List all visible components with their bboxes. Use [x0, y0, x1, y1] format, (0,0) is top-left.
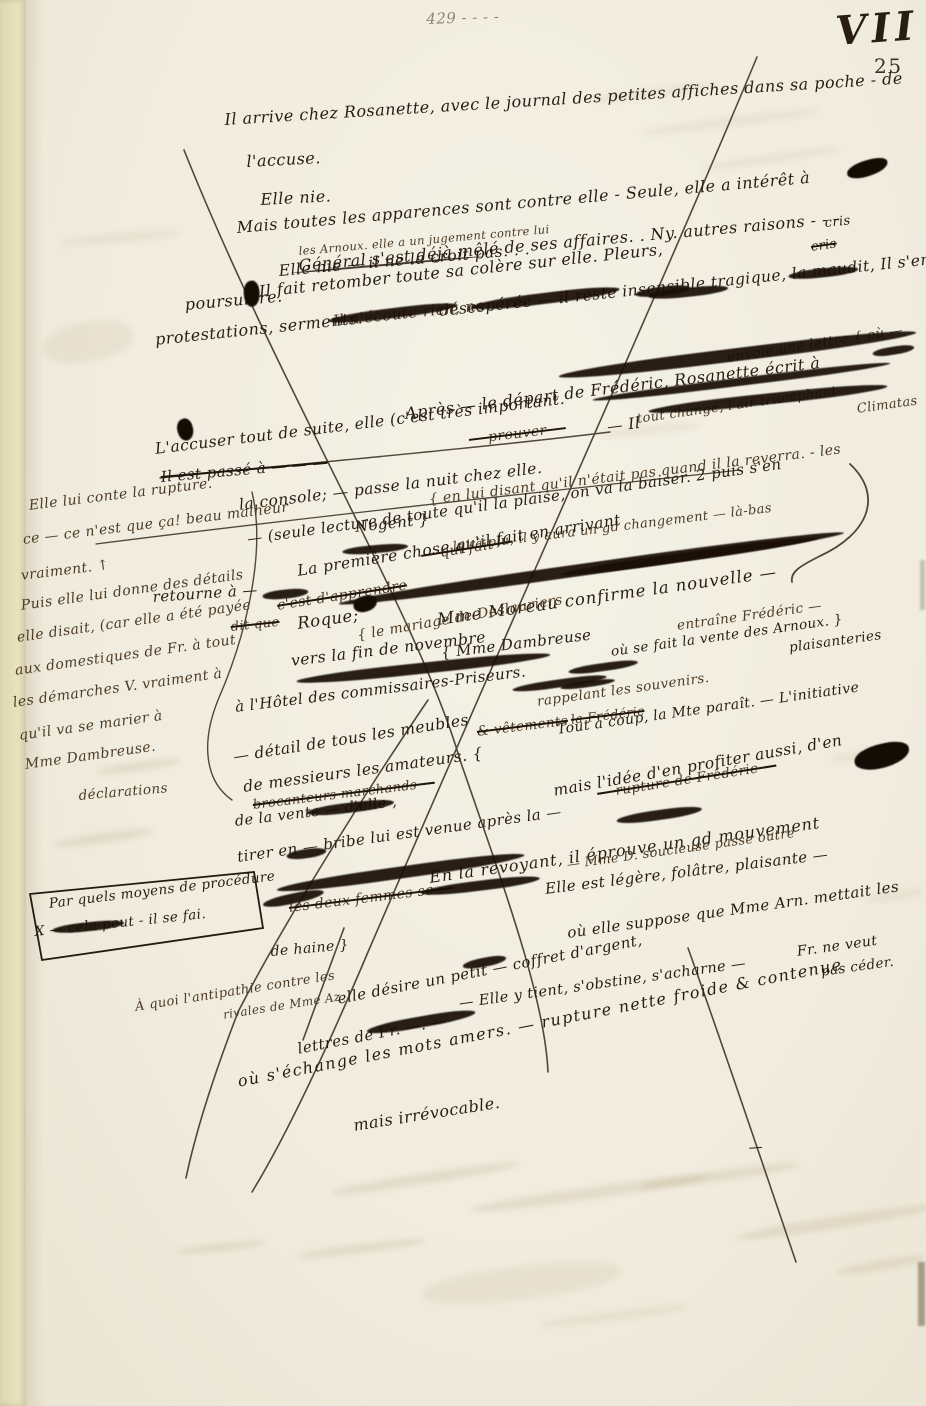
- ms-line: Elle nie.: [260, 186, 332, 209]
- loop-flourish: [792, 464, 868, 582]
- foliation-number: 429 - - - -: [426, 7, 500, 28]
- ms-dash: —: [748, 1139, 764, 1156]
- ms-line: l'accuse.: [246, 148, 321, 171]
- chapter-numeral: VII: [834, 2, 920, 55]
- manuscript-scan-page: { "page": { "chapter_numeral": "VII", "p…: [0, 0, 926, 1406]
- ms-word: cris: [824, 213, 851, 231]
